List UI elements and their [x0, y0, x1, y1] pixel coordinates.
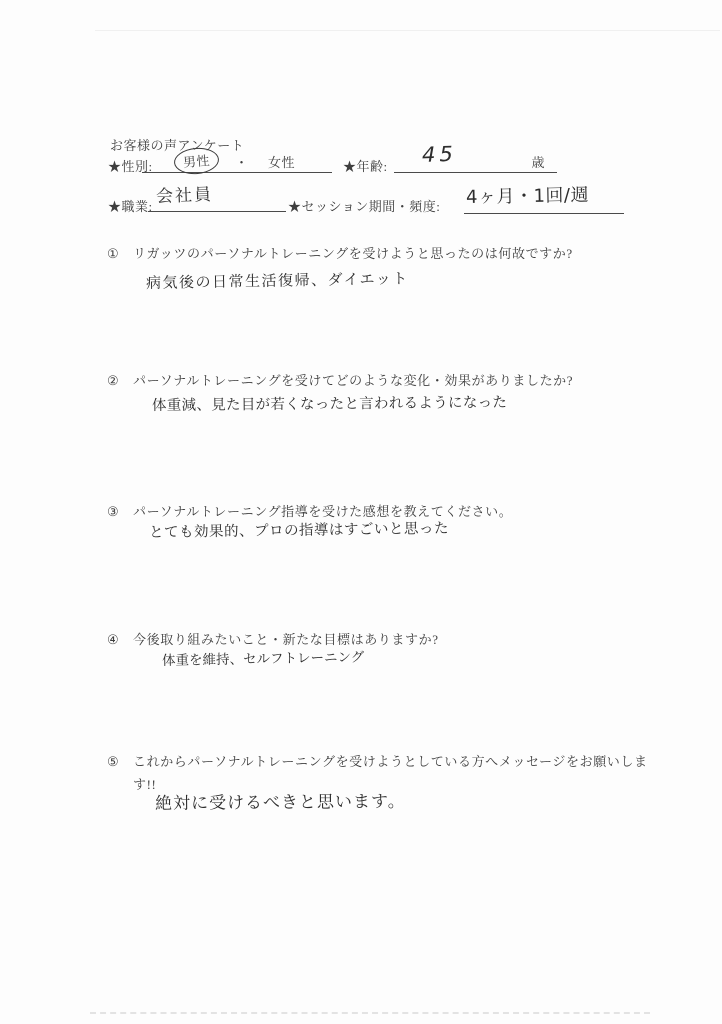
question-4-number: ④ [107, 628, 124, 651]
age-label: ★年齢: [343, 156, 388, 175]
question-3-number: ③ [107, 500, 124, 523]
age-unit: 歳 [531, 152, 545, 171]
occupation-answer-blank: 会社員 [148, 188, 286, 212]
gender-answer-blank: 男性 ・ 女性 [142, 149, 332, 173]
occupation-label: ★職業: [108, 196, 153, 215]
question-2-handwritten-answer: 体重減、見た目が若くなったと言われるようになった [152, 391, 507, 415]
question-1-number: ① [107, 242, 124, 265]
question-2-number: ② [107, 369, 124, 392]
question-4-handwritten-answer: 体重を維持、セルフトレーニング [162, 645, 365, 669]
occupation-handwritten-value: 会社員 [156, 180, 214, 207]
question-2-text: パーソナルトレーニングを受けてどのような変化・効果がありましたか? [133, 369, 665, 392]
question-5-number: ⑤ [107, 750, 124, 796]
question-3-handwritten-answer: とても効果的、プロの指導はすごいと思った [149, 517, 449, 542]
question-2: ② パーソナルトレーニングを受けてどのような変化・効果がありましたか? [107, 369, 665, 392]
session-label: ★セッション期間・頻度: [288, 196, 440, 215]
question-1-text: リガッツのパーソナルトレーニングを受けようと思ったのは何故ですか? [133, 242, 665, 265]
session-answer-blank: 4ヶ月・1回/週 [464, 185, 624, 214]
question-1-handwritten-answer: 病気後の日常生活復帰、ダイエット [146, 267, 409, 293]
gender-option-male-circled: 男性 [174, 152, 219, 174]
session-handwritten-value: 4ヶ月・1回/週 [466, 181, 589, 209]
hand-drawn-circle: 男性 [173, 146, 220, 176]
scanned-survey-page: お客様の声アンケート ★性別: 男性 ・ 女性 ★年齢: 45 歳 ★職業: 会… [0, 0, 722, 1024]
gender-separator-dot: ・ [235, 152, 249, 171]
age-answer-blank: 45 歳 [394, 149, 557, 173]
question-5-handwritten-answer: 絶対に受けるべきと思います。 [155, 787, 406, 814]
question-1: ① リガッツのパーソナルトレーニングを受けようと思ったのは何故ですか? [107, 242, 665, 265]
age-handwritten-value: 45 [420, 142, 459, 167]
scan-artifact-top-line [95, 30, 720, 31]
scan-artifact-bottom-dashes [90, 1012, 650, 1014]
gender-option-female: 女性 [268, 152, 295, 171]
